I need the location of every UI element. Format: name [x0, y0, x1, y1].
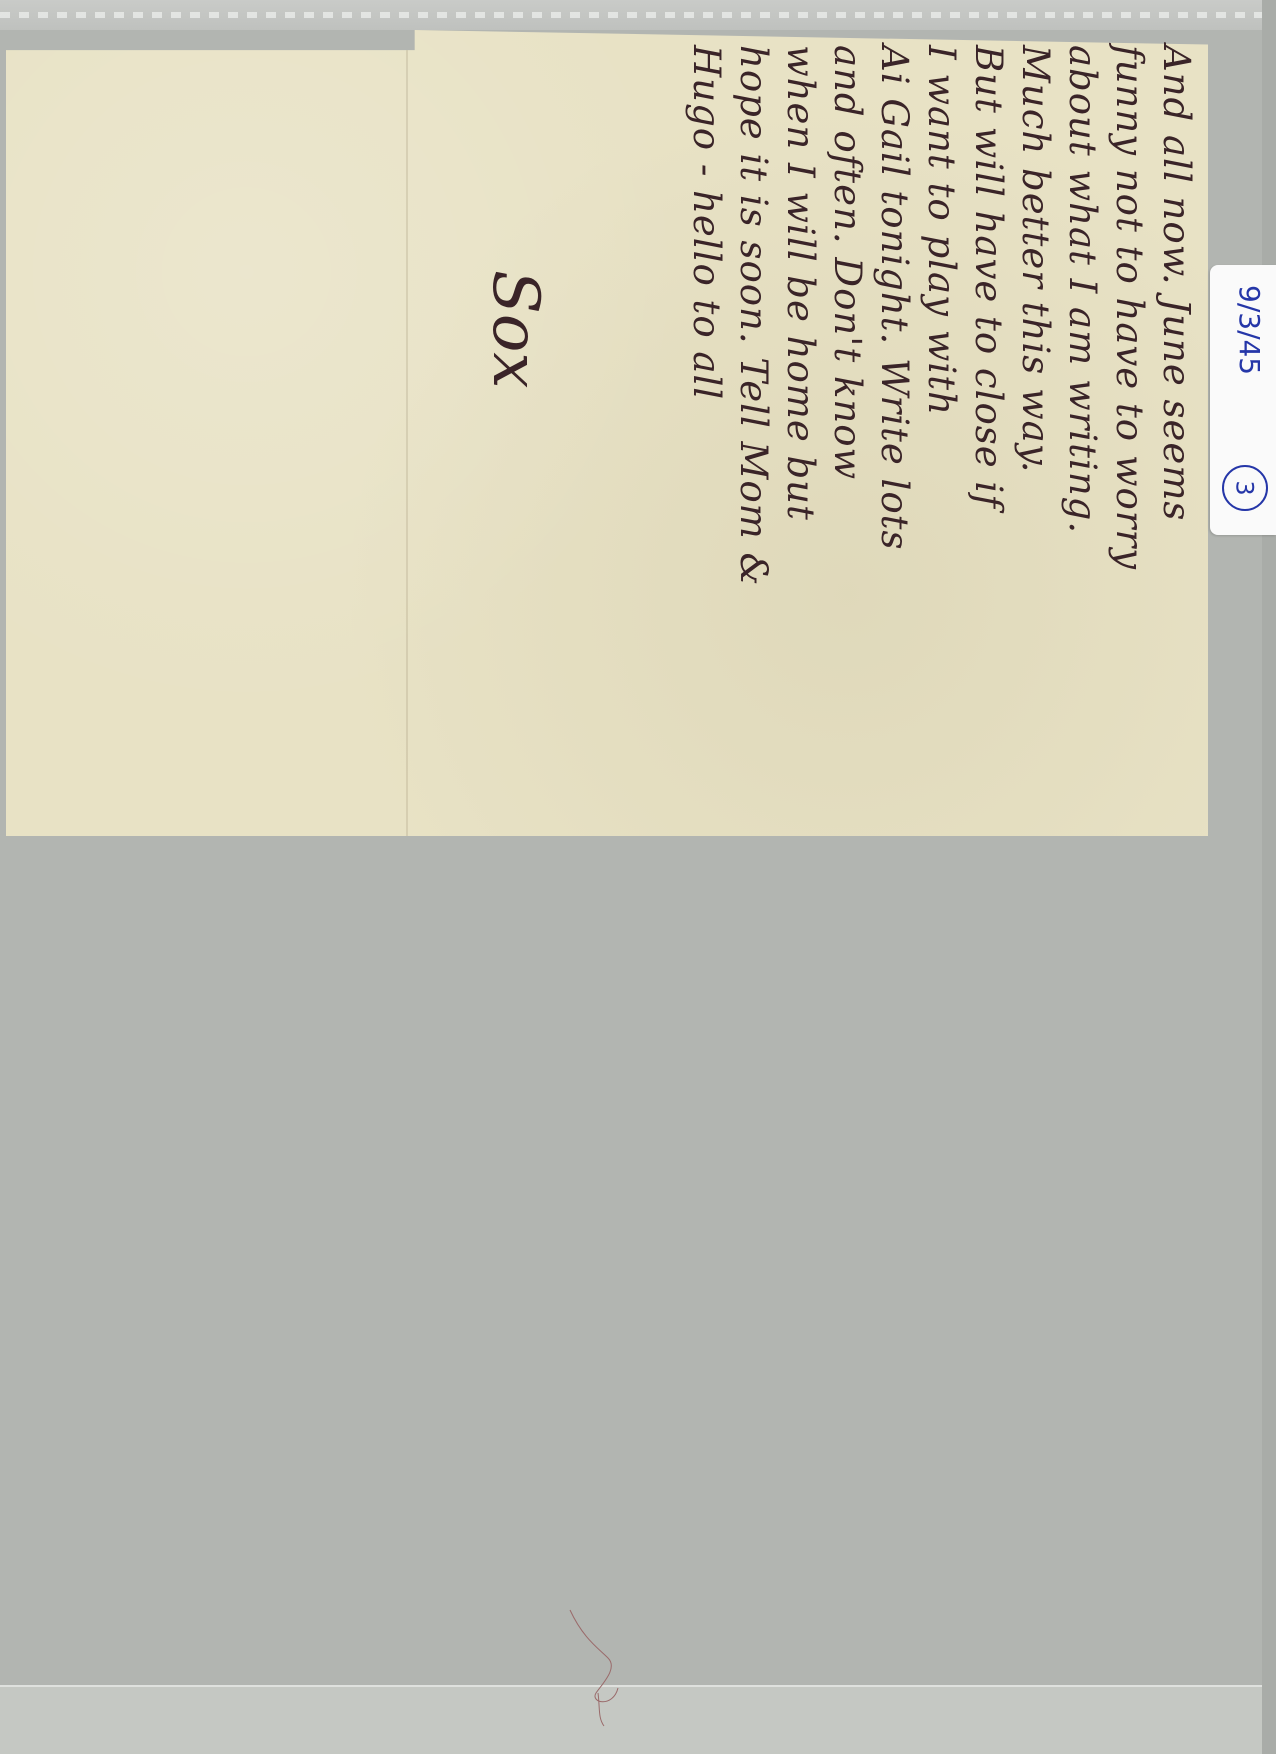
paper-fold-line	[406, 30, 408, 836]
page-number: 3	[1231, 480, 1259, 495]
stray-hair	[568, 1608, 628, 1728]
letter-line: and often. Don't know	[824, 45, 871, 765]
letter-line: And all now. June seems	[1153, 45, 1200, 765]
page-number-circle: 3	[1222, 465, 1268, 511]
archive-date-text: 9/3/45	[1233, 285, 1266, 405]
letter-line: I want to play with	[918, 45, 965, 765]
letter-line: But will have to close if	[965, 45, 1012, 765]
letter-line: hope it is soon. Tell Mom &	[730, 45, 777, 765]
letter-line: Ai Gail tonight. Write lots	[871, 45, 918, 765]
letter-body: And all now. June seems funny not to hav…	[600, 45, 1200, 765]
letter-line: Hugo - hello to all	[683, 45, 730, 765]
scanner-edge	[1262, 0, 1276, 1754]
signature-text: Sox	[455, 270, 575, 490]
letter-line: funny not to have to worry	[1106, 45, 1153, 765]
sleeve-perforation	[0, 12, 1276, 18]
archive-tag: 9/3/45 3	[1210, 265, 1276, 535]
archive-date: 9/3/45	[1226, 285, 1266, 405]
sleeve-bottom-edge	[0, 1685, 1276, 1754]
letter-line: when I will be home but	[777, 45, 824, 765]
letter-line: about what I am writing.	[1059, 45, 1106, 765]
letter-line: Much better this way.	[1012, 45, 1059, 765]
sleeve-top-edge	[0, 0, 1276, 30]
signature: Sox	[455, 270, 575, 490]
